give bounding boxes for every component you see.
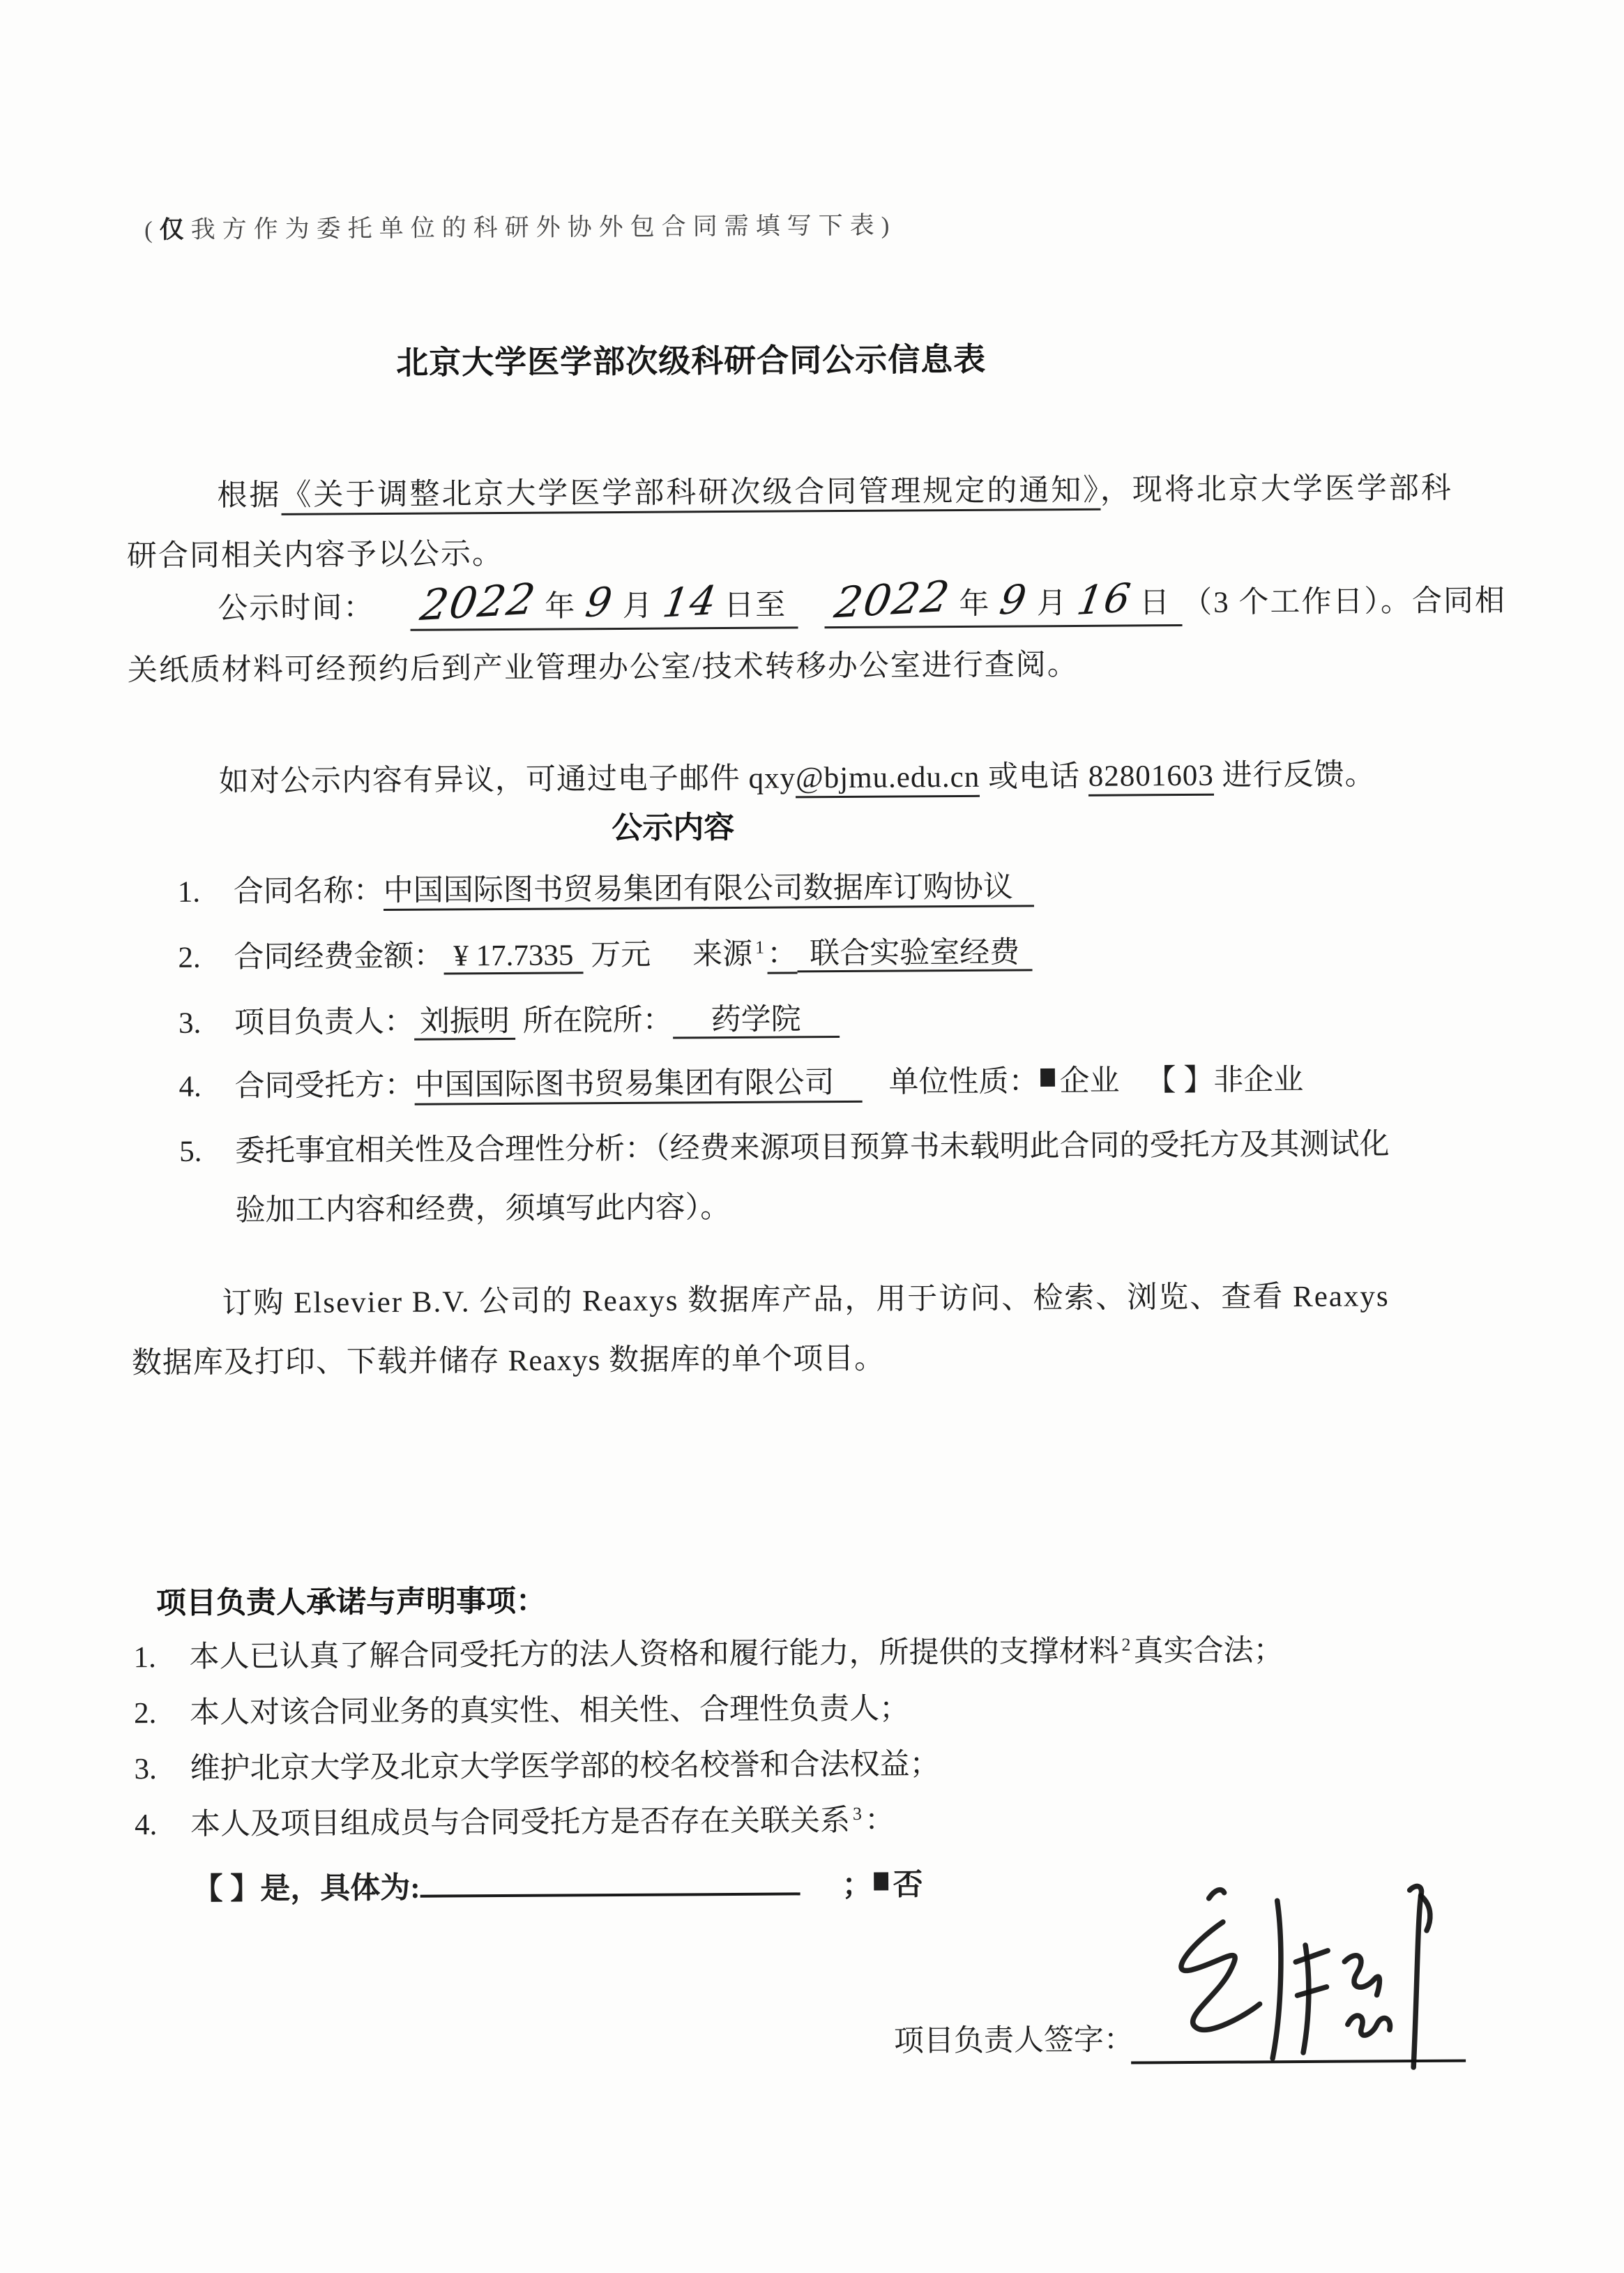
non-enterprise-option: 非企业 [1213, 1064, 1303, 1097]
contractor-value: 中国国际图书贸易集团有限公司 [414, 1066, 862, 1105]
signature-handwriting [1139, 1876, 1440, 2087]
item-number: 2. [178, 939, 234, 976]
item-number: 3. [179, 1005, 234, 1041]
unchecked-bracket-non-enterprise: 【 】 [1146, 1064, 1213, 1098]
analysis-line-1: 委托事宜相关性及合理性分析：（经费来源项目预算书未载明此合同的受托方及其测试化 [235, 1128, 1390, 1168]
item-number: 4. [135, 1807, 190, 1843]
intro-line-1: 根据《关于调整北京大学医学部科研次级合同管理规定的通知》，现将北京大学医学部科 [217, 471, 1453, 514]
item-number: 2. [134, 1696, 190, 1732]
commitment-item-3: 3.维护北京大学及北京大学医学部的校名校誉和合法权益； [134, 1746, 939, 1788]
day-unit-to: 日至 [724, 587, 787, 624]
source-value: 联合实验室经费 [797, 936, 1032, 972]
date-blank-end: 2022年9月16日 [824, 584, 1182, 628]
leader-label: 项目负责人： [234, 1006, 414, 1040]
notice-reference-underlined: 《关于调整北京大学医学部科研次级合同管理规定的通知》 [281, 474, 1100, 515]
intro-before: 根据 [217, 479, 281, 513]
email-domain-underlined: @bjmu.edu.cn [796, 761, 980, 799]
relation-choice-line: 【 】是，具体为:；■否 [192, 1857, 923, 1908]
phone-number: 82801603 [1088, 760, 1214, 796]
date-blank-start: 2022年9月14日至 [410, 586, 798, 630]
contractor-label: 合同受托方： [234, 1069, 414, 1103]
yes-label: 是，具体为: [260, 1872, 420, 1905]
day-unit: 日 [1139, 585, 1171, 621]
item-number: 3. [134, 1751, 190, 1788]
checked-square-enterprise: ■ [1038, 1055, 1056, 1100]
top-note-bold-char: 仅 [160, 216, 191, 243]
footnote-marker-3: 3 [853, 1804, 862, 1824]
publicity-time-line: 公示时间： 2022年9月14日至2022年9月16日（3 个工作日）。合同相 [218, 582, 1506, 632]
commitment-4-text-end: ： [865, 1804, 895, 1837]
item-project-leader: 3.项目负责人：刘振明 所在院所：药学院 [179, 1002, 840, 1041]
commitment-3-text: 维护北京大学及北京大学医学部的校名校誉和合法权益； [190, 1748, 939, 1785]
commitment-2-text: 本人对该合同业务的真实性、相关性、合理性负责人； [190, 1692, 909, 1729]
year-unit: 年 [545, 589, 576, 625]
relation-specify-blank [420, 1857, 800, 1897]
feedback-middle: 或电话 [980, 760, 1088, 794]
amount-label: 合同经费金额： [234, 940, 443, 974]
unchecked-bracket-yes: 【 】 [192, 1873, 260, 1906]
signature-label: 项目负责人签字： [894, 2022, 1134, 2060]
scanned-document-page: (仅我方作为委托单位的科研外协外包合同需填写下表) 北京大学医学部次级科研合同公… [0, 0, 1624, 2273]
feedback-line: 如对公示内容有异议，可通过电子邮件 qxy@bjmu.edu.cn 或电话 82… [219, 757, 1376, 800]
publicity-time-label: 公示时间： [218, 591, 374, 625]
email-localpart: qxy [748, 762, 796, 794]
source-label: 来源 [692, 938, 752, 972]
document-title: 北京大学医学部次级科研合同公示信息表 [396, 340, 986, 382]
handwritten-month-end: 9 [998, 586, 1029, 615]
document-content: (仅我方作为委托单位的科研外协外包合同需填写下表) 北京大学医学部次级科研合同公… [0, 0, 1624, 2273]
publicity-time-suffix: （3 个工作日）。合同相 [1182, 584, 1506, 619]
handwritten-month-start: 9 [584, 589, 615, 618]
top-note-paren: ( [144, 216, 160, 243]
footnote-marker-2: 2 [1121, 1634, 1130, 1654]
commitment-1-text-end: 真实合法； [1133, 1634, 1283, 1668]
contract-name-label: 合同名称： [234, 875, 384, 908]
no-label: 否 [893, 1868, 923, 1901]
item-analysis-continued: 验加工内容和经费，须填写此内容）。 [235, 1190, 730, 1229]
handwritten-year-end: 2022 [833, 582, 952, 619]
leader-name: 刘振明 [414, 1005, 515, 1041]
relation-semicolon: ； [842, 1869, 872, 1902]
source-colon: ： [767, 937, 797, 974]
publicity-time-line-2: 关纸质材料可经预约后到产业管理办公室/技术转移办公室进行查阅。 [128, 647, 1079, 689]
contract-name-value: 中国国际图书贸易集团有限公司数据库订购协议 [384, 870, 1034, 911]
month-unit: 月 [622, 589, 653, 625]
item-number: 1. [178, 874, 234, 910]
section-heading: 公示内容 [612, 810, 734, 847]
intro-after: ，现将北京大学医学部科 [1100, 472, 1453, 507]
org-label: 所在院所： [515, 1004, 673, 1038]
top-note: (仅我方作为委托单位的科研外协外包合同需填写下表) [144, 211, 897, 246]
item-contractor: 4.合同受托方：中国国际图书贸易集团有限公司单位性质：■企业【 】非企业 [179, 1062, 1303, 1105]
item-number: 1. [133, 1640, 189, 1676]
enterprise-option: 企业 [1059, 1065, 1119, 1098]
intro-line-2: 研合同相关内容予以公示。 [127, 536, 503, 575]
analysis-paragraph-line-1: 订购 Elsevier B.V. 公司的 Reaxys 数据库产品，用于访问、检… [222, 1278, 1390, 1322]
org-value: 药学院 [673, 1003, 840, 1039]
commitment-item-1: 1.本人已认真了解合同受托方的法人资格和履行能力，所提供的支撑材料2真实合法； [133, 1633, 1283, 1676]
handwritten-day-end: 16 [1075, 584, 1133, 615]
item-number: 5. [179, 1133, 235, 1170]
commitment-heading: 项目负责人承诺与声明事项： [156, 1584, 546, 1622]
analysis-paragraph-line-2: 数据库及打印、下载并储存 Reaxys 数据库的单个项目。 [132, 1341, 885, 1382]
top-note-text: 我方作为委托单位的科研外协外包合同需填写下表) [191, 212, 897, 243]
year-unit: 年 [959, 587, 990, 623]
commitment-4-text: 本人及项目组成员与合同受托方是否存在关联关系 [190, 1804, 850, 1841]
commitment-item-2: 2.本人对该合同业务的真实性、相关性、合理性负责人； [134, 1691, 909, 1731]
month-unit: 月 [1036, 586, 1068, 622]
feedback-after: 进行反馈。 [1214, 758, 1376, 792]
item-contract-amount: 2.合同经费金额：¥ 17.7335 万元来源1：联合实验室经费 [178, 935, 1032, 976]
handwritten-year-start: 2022 [418, 584, 538, 621]
checked-square-no: ■ [872, 1859, 890, 1904]
item-number: 4. [179, 1068, 234, 1105]
item-contract-name: 1.合同名称：中国国际图书贸易集团有限公司数据库订购协议 [178, 869, 1034, 910]
handwritten-day-start: 14 [661, 587, 719, 618]
commitment-1-text: 本人已认真了解合同受托方的法人资格和履行能力，所提供的支撑材料 [189, 1636, 1118, 1674]
footnote-marker-1: 1 [755, 937, 764, 957]
amount-value: ¥ 17.7335 [443, 939, 583, 974]
nature-label: 单位性质： [888, 1065, 1038, 1098]
amount-unit: 万元 [583, 939, 651, 972]
feedback-before: 如对公示内容有异议，可通过电子邮件 [219, 762, 749, 799]
item-analysis: 5.委托事宜相关性及合理性分析：（经费来源项目预算书未载明此合同的受托方及其测试… [179, 1126, 1390, 1170]
commitment-item-4: 4.本人及项目组成员与合同受托方是否存在关联关系3： [135, 1803, 895, 1843]
